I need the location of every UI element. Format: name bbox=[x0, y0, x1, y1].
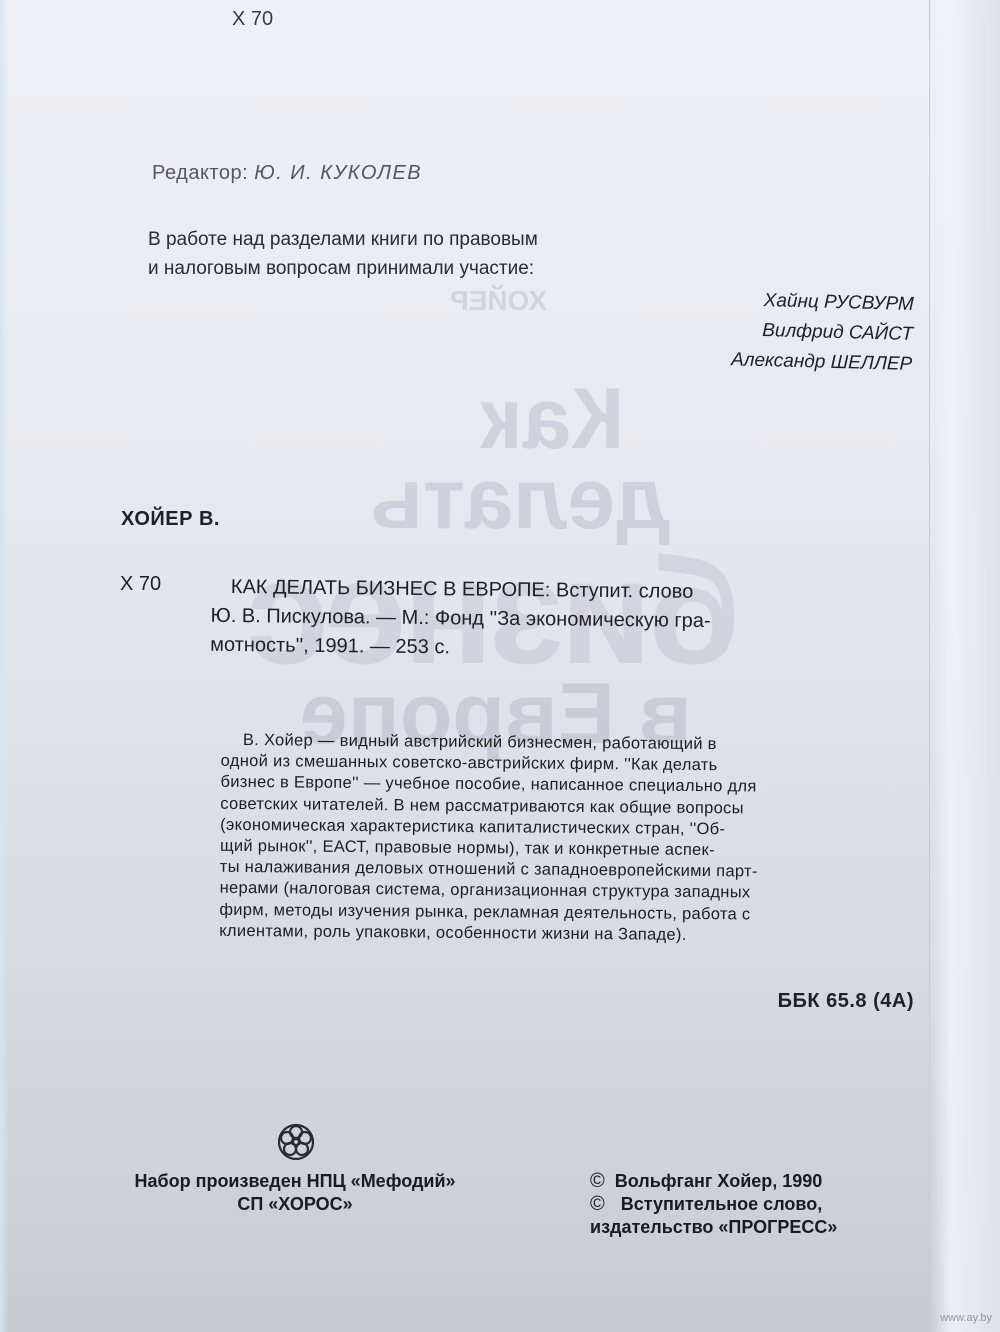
contributors-intro-line: В работе над разделами книги по правовым bbox=[148, 225, 538, 254]
bibliographic-entry: КАК ДЕЛАТЬ БИЗНЕС В ЕВРОПЕ: Вступит. сло… bbox=[230, 573, 931, 667]
copyright-block: © Вольфганг Хойер, 1990 © Вступительное … bbox=[590, 1170, 837, 1239]
typeset-line: Набор произведен НПЦ «Мефодий» bbox=[120, 1170, 470, 1193]
site-watermark: www.ay.by bbox=[940, 1312, 992, 1324]
contributors-names: Хайнц РУСВУРМ Вилфрид САЙСТ Александр ШЕ… bbox=[731, 285, 914, 380]
typeset-line: СП «ХОРОС» bbox=[120, 1193, 470, 1216]
contributor-name: Вилфрид САЙСТ bbox=[731, 315, 913, 350]
editor-label: Редактор: bbox=[152, 162, 248, 184]
editor-credit: Редактор: Ю. И. КУКОЛЕВ bbox=[152, 162, 422, 185]
bbk-classification: ББК 65.8 (4А) bbox=[778, 990, 914, 1013]
copyright-row: © Вольфганг Хойер, 1990 bbox=[590, 1170, 837, 1193]
show-through-author: ХОЙЕР bbox=[450, 285, 547, 317]
typeset-credit: Набор произведен НПЦ «Мефодий» СП «ХОРОС… bbox=[120, 1170, 470, 1216]
editor-name: Ю. И. КУКОЛЕВ bbox=[254, 162, 422, 184]
copyright-continuation: издательство «ПРОГРЕСС» bbox=[590, 1216, 837, 1239]
catalog-author-heading: ХОЙЕР В. bbox=[121, 508, 220, 531]
copyright-row: © Вступительное слово, bbox=[590, 1193, 837, 1216]
page-left-edge bbox=[0, 0, 8, 1332]
copyright-entry: Вольфганг Хойер, 1990 bbox=[615, 1170, 823, 1193]
copyright-entry: Вступительное слово, bbox=[615, 1193, 822, 1216]
contributor-name: Александр ШЕЛЛЕР bbox=[731, 345, 913, 380]
annotation: В. Хойер — видный австрийский бизнесмен,… bbox=[241, 730, 923, 948]
copyright-icon: © bbox=[590, 1193, 605, 1216]
top-catalog-code: Х 70 bbox=[232, 8, 273, 31]
contributors-intro-line: и налоговым вопросам принимали участие: bbox=[148, 254, 538, 283]
rosette-logo-icon bbox=[275, 1121, 317, 1163]
page-right-edge bbox=[929, 0, 1000, 1332]
contributors-intro: В работе над разделами книги по правовым… bbox=[148, 225, 538, 283]
catalog-code: Х 70 bbox=[120, 573, 161, 596]
copyright-icon: © bbox=[590, 1170, 605, 1193]
contributor-name: Хайнц РУСВУРМ bbox=[732, 285, 914, 320]
